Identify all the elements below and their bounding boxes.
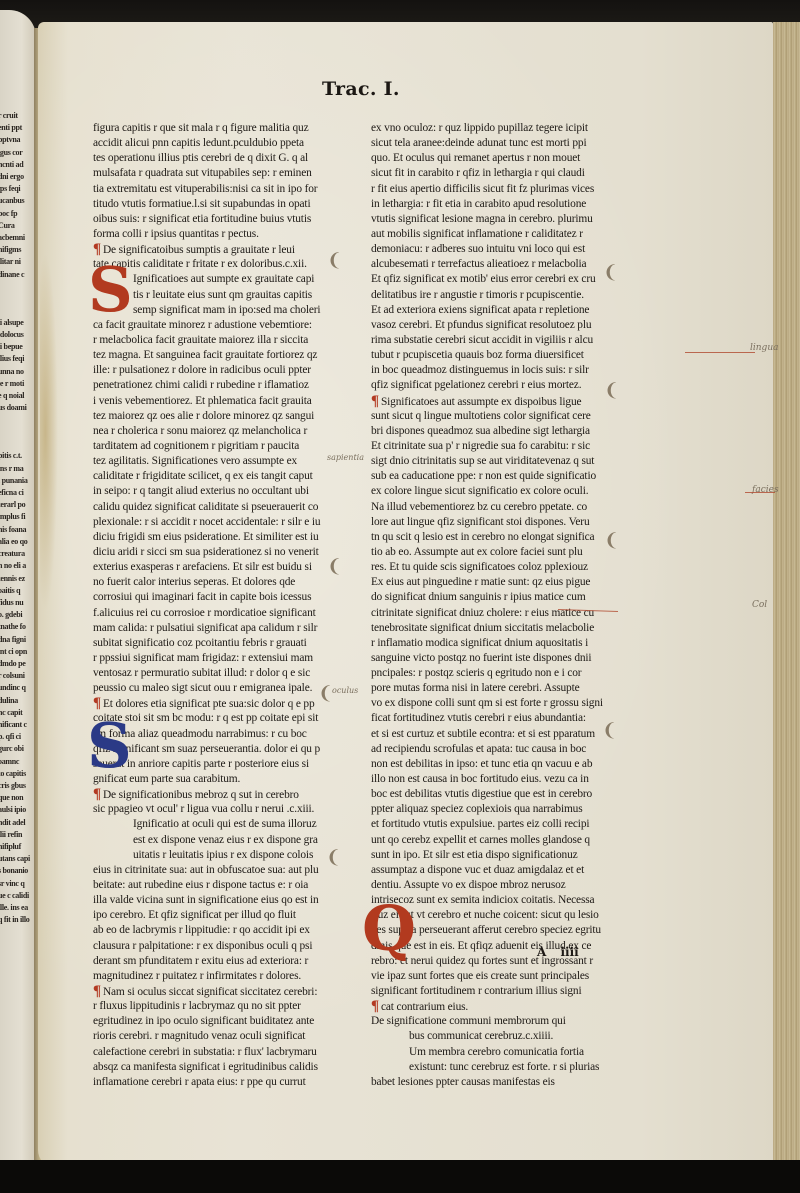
text-line: rioris cerebri. r magnitudo venaz oculi … <box>93 1029 325 1044</box>
marginal-bracket: ❨ <box>603 262 618 283</box>
facing-page-line: e q noial <box>0 390 36 402</box>
text-line: non est debilitas in ipso: et tunc etia … <box>371 757 633 772</box>
text-line: boc est debilitas vtutis digestiue que e… <box>371 787 633 802</box>
text-line: uitatis r leuitatis ipius r ex dispone c… <box>93 848 325 863</box>
red-pen-stroke <box>685 352 755 353</box>
facing-page-line: nis foana <box>0 524 36 536</box>
text-line: tarditatem ad cognitionem r pigritiam r … <box>93 439 325 454</box>
marginal-bracket: ❨ <box>604 380 619 401</box>
decorated-initial-blue: S <box>87 715 132 777</box>
text-line: ppter aliquaz speciez coplexiois qua nar… <box>371 802 633 817</box>
facing-page-line: s bonanio <box>0 865 36 877</box>
text-line: Ignificatio at oculi qui est de suma ill… <box>93 817 325 832</box>
facing-page-line: undinc q <box>0 682 36 694</box>
book-photograph: r cruitenti pptpptvnaigus corncnti addni… <box>0 0 800 1193</box>
facing-page-line: ii bepue <box>0 341 36 353</box>
text-line: et fortitudo vtutis expulsiue. partes ei… <box>371 817 633 832</box>
red-pen-stroke <box>745 492 775 493</box>
text-line: Ex eius aut pinguedine r matie sunt: qz … <box>371 575 633 590</box>
text-line: egritudinez in ipo oculo significant bui… <box>93 1014 325 1029</box>
text-line: est ex dispone venaz eius r ex dispone g… <box>93 833 325 848</box>
facing-page-line: implus fi <box>0 511 36 523</box>
text-line: exterius exasperas r arefaciens. Et silr… <box>93 560 325 575</box>
text-line: peussio cu maleo sigt sicut ouu r emigra… <box>93 681 325 696</box>
text-line: tez magna. Et sanguinea facit grauitate … <box>93 348 325 363</box>
rubric-pilcrow-icon: ¶ <box>93 787 101 802</box>
facing-page-line: dna figni <box>0 634 36 646</box>
text-line: pncipales: r postqz scieris q egritudo n… <box>371 666 633 681</box>
text-line: forma colli r ipsius quantitas r pectus. <box>93 227 325 242</box>
text-line: sunt in ipo. Et silr est etia dispo sign… <box>371 848 633 863</box>
facing-page-line: fidus nu <box>0 597 36 609</box>
text-line: calefactione cerebri in substatia: r flu… <box>93 1045 325 1060</box>
text-line: r fluxus lippitudinis r lacbrymaz qu no … <box>93 999 325 1014</box>
facing-page-line: Cura <box>0 220 36 232</box>
text-line: aut mobilis significat inflamatione r ca… <box>371 227 633 242</box>
text-line: ¶cat contrarium eius. <box>371 999 633 1014</box>
text-line: tia extremitatu est vituperabilis:nisi c… <box>93 182 325 197</box>
facing-page-line: nc capit <box>0 707 36 719</box>
text-line: sicut tela aranee:deinde adunat tunc est… <box>371 136 633 151</box>
text-line: beitate: aut rubedine eius r dispone tac… <box>93 878 325 893</box>
text-line: res. Et tu quide scis significatoes colo… <box>371 560 633 575</box>
text-line: Et qfiz significat ex motib' eius error … <box>371 272 633 287</box>
text-line: ad recipiendu scrofulas et apata: tuc ca… <box>371 742 633 757</box>
text-line: Et citrinitate sua p' r nigredie sua fo … <box>371 439 633 454</box>
facing-page-left: r cruitenti pptpptvnaigus corncnti addni… <box>0 10 36 1190</box>
text-line: bri dispones queadmoz sua albedine sigt … <box>371 424 633 439</box>
text-line: babet lesiones ppter causas manifestas e… <box>371 1075 633 1090</box>
facing-page-line: to capitis <box>0 768 36 780</box>
text-line: unt qo cerebz expellit et carnes molles … <box>371 833 633 848</box>
text-line: sunt sicut q lingue multotiens color sig… <box>371 409 633 424</box>
facing-page-line: r colsuni <box>0 670 36 682</box>
text-line: tez maiorez qz oes alie r dolore minorez… <box>93 409 325 424</box>
running-headline: Trac. I. <box>322 78 400 100</box>
marginal-note: oculus <box>332 686 358 695</box>
text-line: in boc queadmoz distinguemus in locis su… <box>371 363 633 378</box>
text-line: titudo vtutis formatiue.l.si sit supabun… <box>93 197 325 212</box>
facing-page-line: nificant c <box>0 719 36 731</box>
facing-page-line: q fit in illo <box>0 914 36 926</box>
facing-page-line: tennis ez <box>0 573 36 585</box>
text-line: vasoz cerebri. Et pfundus significat res… <box>371 318 633 333</box>
facing-page-line: gurc obi <box>0 743 36 755</box>
text-line: alcubesemati r terrefactus alieatioez r … <box>371 257 633 272</box>
text-line: accidit alicui pnn capitis ledunt.pculdu… <box>93 136 325 151</box>
text-line: ¶Significatoes aut assumpte ex dispoibus… <box>371 394 633 409</box>
text-line: ab eo de lacbrymis r lippitudie: r qo ac… <box>93 923 325 938</box>
facing-page-line: sr vinc q <box>0 878 36 890</box>
marginal-bracket: ❨ <box>327 556 342 577</box>
text-line: quo. Et oculus qui remanet apertus r non… <box>371 151 633 166</box>
facing-page-line: i punania <box>0 475 36 487</box>
text-line: corrosiui qui imaginari facit in capite … <box>93 590 325 605</box>
text-line: et si est curtuz et subtile econtra: et … <box>371 727 633 742</box>
text-line: r fit eius apertio difficilis sicut fit … <box>371 182 633 197</box>
text-line: tn qu scit q lesio est in cerebro no elo… <box>371 530 633 545</box>
facing-page-line: boc fp <box>0 208 36 220</box>
decorated-initial-red-q: Q <box>362 898 416 960</box>
facing-page-line: ncnti ad <box>0 159 36 171</box>
facing-page-line: n no eli a <box>0 560 36 572</box>
facing-page-line: nifigms <box>0 244 36 256</box>
facing-page-line: eficna ci <box>0 487 36 499</box>
text-line: sigt dnio citrinitatis sup se aut viridi… <box>371 454 633 469</box>
text-line: demoniacu: r adberes suo intuitu vni loc… <box>371 242 633 257</box>
facing-page-line: ucanbus <box>0 195 36 207</box>
facing-page-line: ille. ins ea <box>0 902 36 914</box>
facing-page-line: igus cor <box>0 147 36 159</box>
facing-page-line: idolocus <box>0 329 36 341</box>
text-line: vie ipaz sunt fortes que eis create sunt… <box>371 969 633 984</box>
facing-page-line: creatura <box>0 548 36 560</box>
text-line: Um membra cerebro comunicatia fortia <box>371 1045 633 1060</box>
text-line: r ppssiui significat mam frigidaz: r ext… <box>93 651 325 666</box>
water-stain <box>40 252 58 612</box>
text-line: r inflamatio modica significat dnium aqu… <box>371 636 633 651</box>
text-line: vtutis significat lesione magna in cereb… <box>371 212 633 227</box>
facing-page-line: aulsi ipio <box>0 804 36 816</box>
text-line: nea r cholerica r sonu maiorez qz melanc… <box>93 424 325 439</box>
text-line: mam calida: r pulsatiui significat apa c… <box>93 621 325 636</box>
marginal-bracket: ❨ <box>326 847 341 868</box>
facing-page-line: utans capi <box>0 853 36 865</box>
text-line: bus communicat cerebruz.c.xiiii. <box>371 1029 633 1044</box>
text-line: subitat significatio coz pcoitantiu febr… <box>93 636 325 651</box>
rubric-pilcrow-icon: ¶ <box>371 394 379 409</box>
text-line: existunt: tunc cerebruz est forte. r si … <box>371 1060 633 1075</box>
text-line: magnitudinez r puitatez r infirmitates r… <box>93 969 325 984</box>
text-line: eius in citrinitate sua: aut in obfuscat… <box>93 863 325 878</box>
text-line: tez agilitatis. Significationes vero ass… <box>93 454 325 469</box>
text-line: derant sm pfunditatem r exitu eius ad ex… <box>93 954 325 969</box>
signature-mark: A iiii <box>537 945 579 959</box>
text-line: caliditate r frigiditate scilicet, q ex … <box>93 469 325 484</box>
text-line: tio ab eo. Assumpte aut ex colore faciei… <box>371 545 633 560</box>
marginal-note: sapientia <box>327 453 364 462</box>
facing-page-line: terarl po <box>0 499 36 511</box>
text-line: sanguine victo postqz no fuerint iste di… <box>371 651 633 666</box>
text-line: ille: r pulsationez r dolore in radicibu… <box>93 363 325 378</box>
facing-page-line: que non <box>0 792 36 804</box>
facing-page-line: nifipluf <box>0 841 36 853</box>
text-line: diciu aridi r sicci sm sua psiderationez… <box>93 545 325 560</box>
text-line: dentiu. Assupte vo ex dispoe mbroz nerus… <box>371 878 633 893</box>
facing-page-line: r cruit <box>0 110 36 122</box>
text-line: f.alicuius rei cu corrosioe r mordicatio… <box>93 606 325 621</box>
text-line: ex colore lingue sicut significatio ex c… <box>371 484 633 499</box>
text-line: clausura r palpitatione: r ex disponibus… <box>93 939 325 954</box>
facing-page-line: ii alsupe <box>0 317 36 329</box>
text-line: figura capitis r que sit mala r q figure… <box>93 121 325 136</box>
marginal-bracket: ❨ <box>602 720 617 741</box>
facing-page-line: dulina <box>0 695 36 707</box>
facing-page-line: p. qfi ci <box>0 731 36 743</box>
text-line: Na illud vebementiorez bz cu cerebro ppe… <box>371 500 633 515</box>
text-line: ex vno oculoz: r quz lippido pupillaz te… <box>371 121 633 136</box>
facing-page-line: cris gbus <box>0 780 36 792</box>
text-line: calidu quidez significat caliditate si p… <box>93 500 325 515</box>
text-line: mulsafata r quadrata sut vitupabiles sep… <box>93 166 325 181</box>
facing-page-line: le r moti <box>0 378 36 390</box>
text-line: ipo cerebro. Et qfiz significat per illu… <box>93 908 325 923</box>
text-line: i venis vebementiorez. Et phlematica fac… <box>93 394 325 409</box>
facing-page-line: pitis c.t. <box>0 450 36 462</box>
marginal-note: facies <box>752 485 779 495</box>
text-line: Et ad exteriora exiens significat apata … <box>371 303 633 318</box>
facing-page-line: dmdo pe <box>0 658 36 670</box>
text-line: tubut r pcupiscetia quauis boz forma diu… <box>371 348 633 363</box>
facing-page-line: ilitar ni <box>0 256 36 268</box>
facing-page-line: oamnc <box>0 756 36 768</box>
facing-page-line: unna no <box>0 366 36 378</box>
text-line: delitatibus ire r angustie r timoris r p… <box>371 288 633 303</box>
facing-page-line: tnathe fo <box>0 621 36 633</box>
facing-page-line: ilius feqi <box>0 353 36 365</box>
facing-page-line: oaitis q <box>0 585 36 597</box>
facing-page-line: int ci opn <box>0 646 36 658</box>
text-line: ¶De significationibus mebroz q sut in ce… <box>93 787 325 802</box>
text-line: no fuerit calor interius seperas. Et dol… <box>93 575 325 590</box>
facing-page-line: enti ppt <box>0 122 36 134</box>
text-line: ¶Nam si oculus siccat significat siccita… <box>93 984 325 999</box>
text-line: pore mutas forma nisi in latere cerebri.… <box>371 681 633 696</box>
facing-page-line: ilii refin <box>0 829 36 841</box>
facing-page-line: ins r ma <box>0 463 36 475</box>
text-line: sicut fit in carabito r qfiz in lethargi… <box>371 166 633 181</box>
text-line: ficat fortitudinez vtutis cerebri r eius… <box>371 711 633 726</box>
text-line: sub ea caducatione ppe: r non est quide … <box>371 469 633 484</box>
rubric-pilcrow-icon: ¶ <box>371 999 379 1014</box>
text-line: inflamatione cerebri r apata eius: r ppe… <box>93 1075 325 1090</box>
text-line: in seipo: r q tangit aliud exterius no o… <box>93 484 325 499</box>
marginal-bracket: ❨ <box>604 530 619 551</box>
facing-page-line: alia eo qo <box>0 536 36 548</box>
text-line: lore aut lingue qfiz significant stoi di… <box>371 515 633 530</box>
facing-page-line: ips feqi <box>0 183 36 195</box>
text-line: rima substatie cerebri sicut accidit in … <box>371 333 633 348</box>
facing-page-text: r cruitenti pptpptvnaigus corncnti addni… <box>0 110 36 926</box>
text-line: vo ex dispone colli sunt qm si est forte… <box>371 696 633 711</box>
marginal-bracket: ❨ <box>318 683 333 704</box>
page-block-fore-edge <box>773 22 800 1172</box>
text-line: diciu frigidi sm eius psideratione. Et s… <box>93 530 325 545</box>
text-line: in lethargia: r fit etia in carabito apu… <box>371 197 633 212</box>
facing-page-line: dni ergo <box>0 171 36 183</box>
marginal-note: Col <box>752 600 767 610</box>
text-line: plexionale: r si accidit r nocet acciden… <box>93 515 325 530</box>
rubric-pilcrow-icon: ¶ <box>93 984 101 999</box>
facing-page-line: ndit adel <box>0 817 36 829</box>
text-line: penetrationez chimi calidi r rubedine r … <box>93 378 325 393</box>
facing-page-line: pptvna <box>0 134 36 146</box>
decorated-initial-red: S <box>88 259 133 321</box>
text-line: absqz ca manifesta significat i egritudi… <box>93 1060 325 1075</box>
text-line: qfiz significat pgelationez cerebri r ei… <box>371 378 633 393</box>
facing-page-line: o. gdebi <box>0 609 36 621</box>
text-line: significant fortitudinem r contrarium il… <box>371 984 633 999</box>
text-line: citrinitate significat dniuz cholere: r … <box>371 606 633 621</box>
facing-page-line: dinane c <box>0 269 36 281</box>
background-bottom <box>0 1160 800 1193</box>
text-line: sic ppagieo vt ocul' r ligua vua collu r… <box>93 802 325 817</box>
facing-page-line: acbemni <box>0 232 36 244</box>
text-line: r melacbolica facit grauitate maiorez il… <box>93 333 325 348</box>
text-line: assumptaz a dispone vuc et duaz amigdala… <box>371 863 633 878</box>
text-line: ventosaz r permuratio subitat illud: r d… <box>93 666 325 681</box>
text-line: De significatione communi membrorum qui <box>371 1014 633 1029</box>
facing-page-line: ue c calidi <box>0 890 36 902</box>
marginal-bracket: ❨ <box>327 250 342 271</box>
text-line: oibus suis: r significat etia fortitudin… <box>93 212 325 227</box>
text-line: illa valde vicina sunt in significatione… <box>93 893 325 908</box>
text-line: do significat dnium sanguinis r ipius ma… <box>371 590 633 605</box>
text-line: tes operationu illius ptis cerebri de q … <box>93 151 325 166</box>
text-line: illo non est causa in boc fortitudo eius… <box>371 772 633 787</box>
text-line: tenebrositate significat dnium siccitati… <box>371 621 633 636</box>
facing-page-line: us doami <box>0 402 36 414</box>
